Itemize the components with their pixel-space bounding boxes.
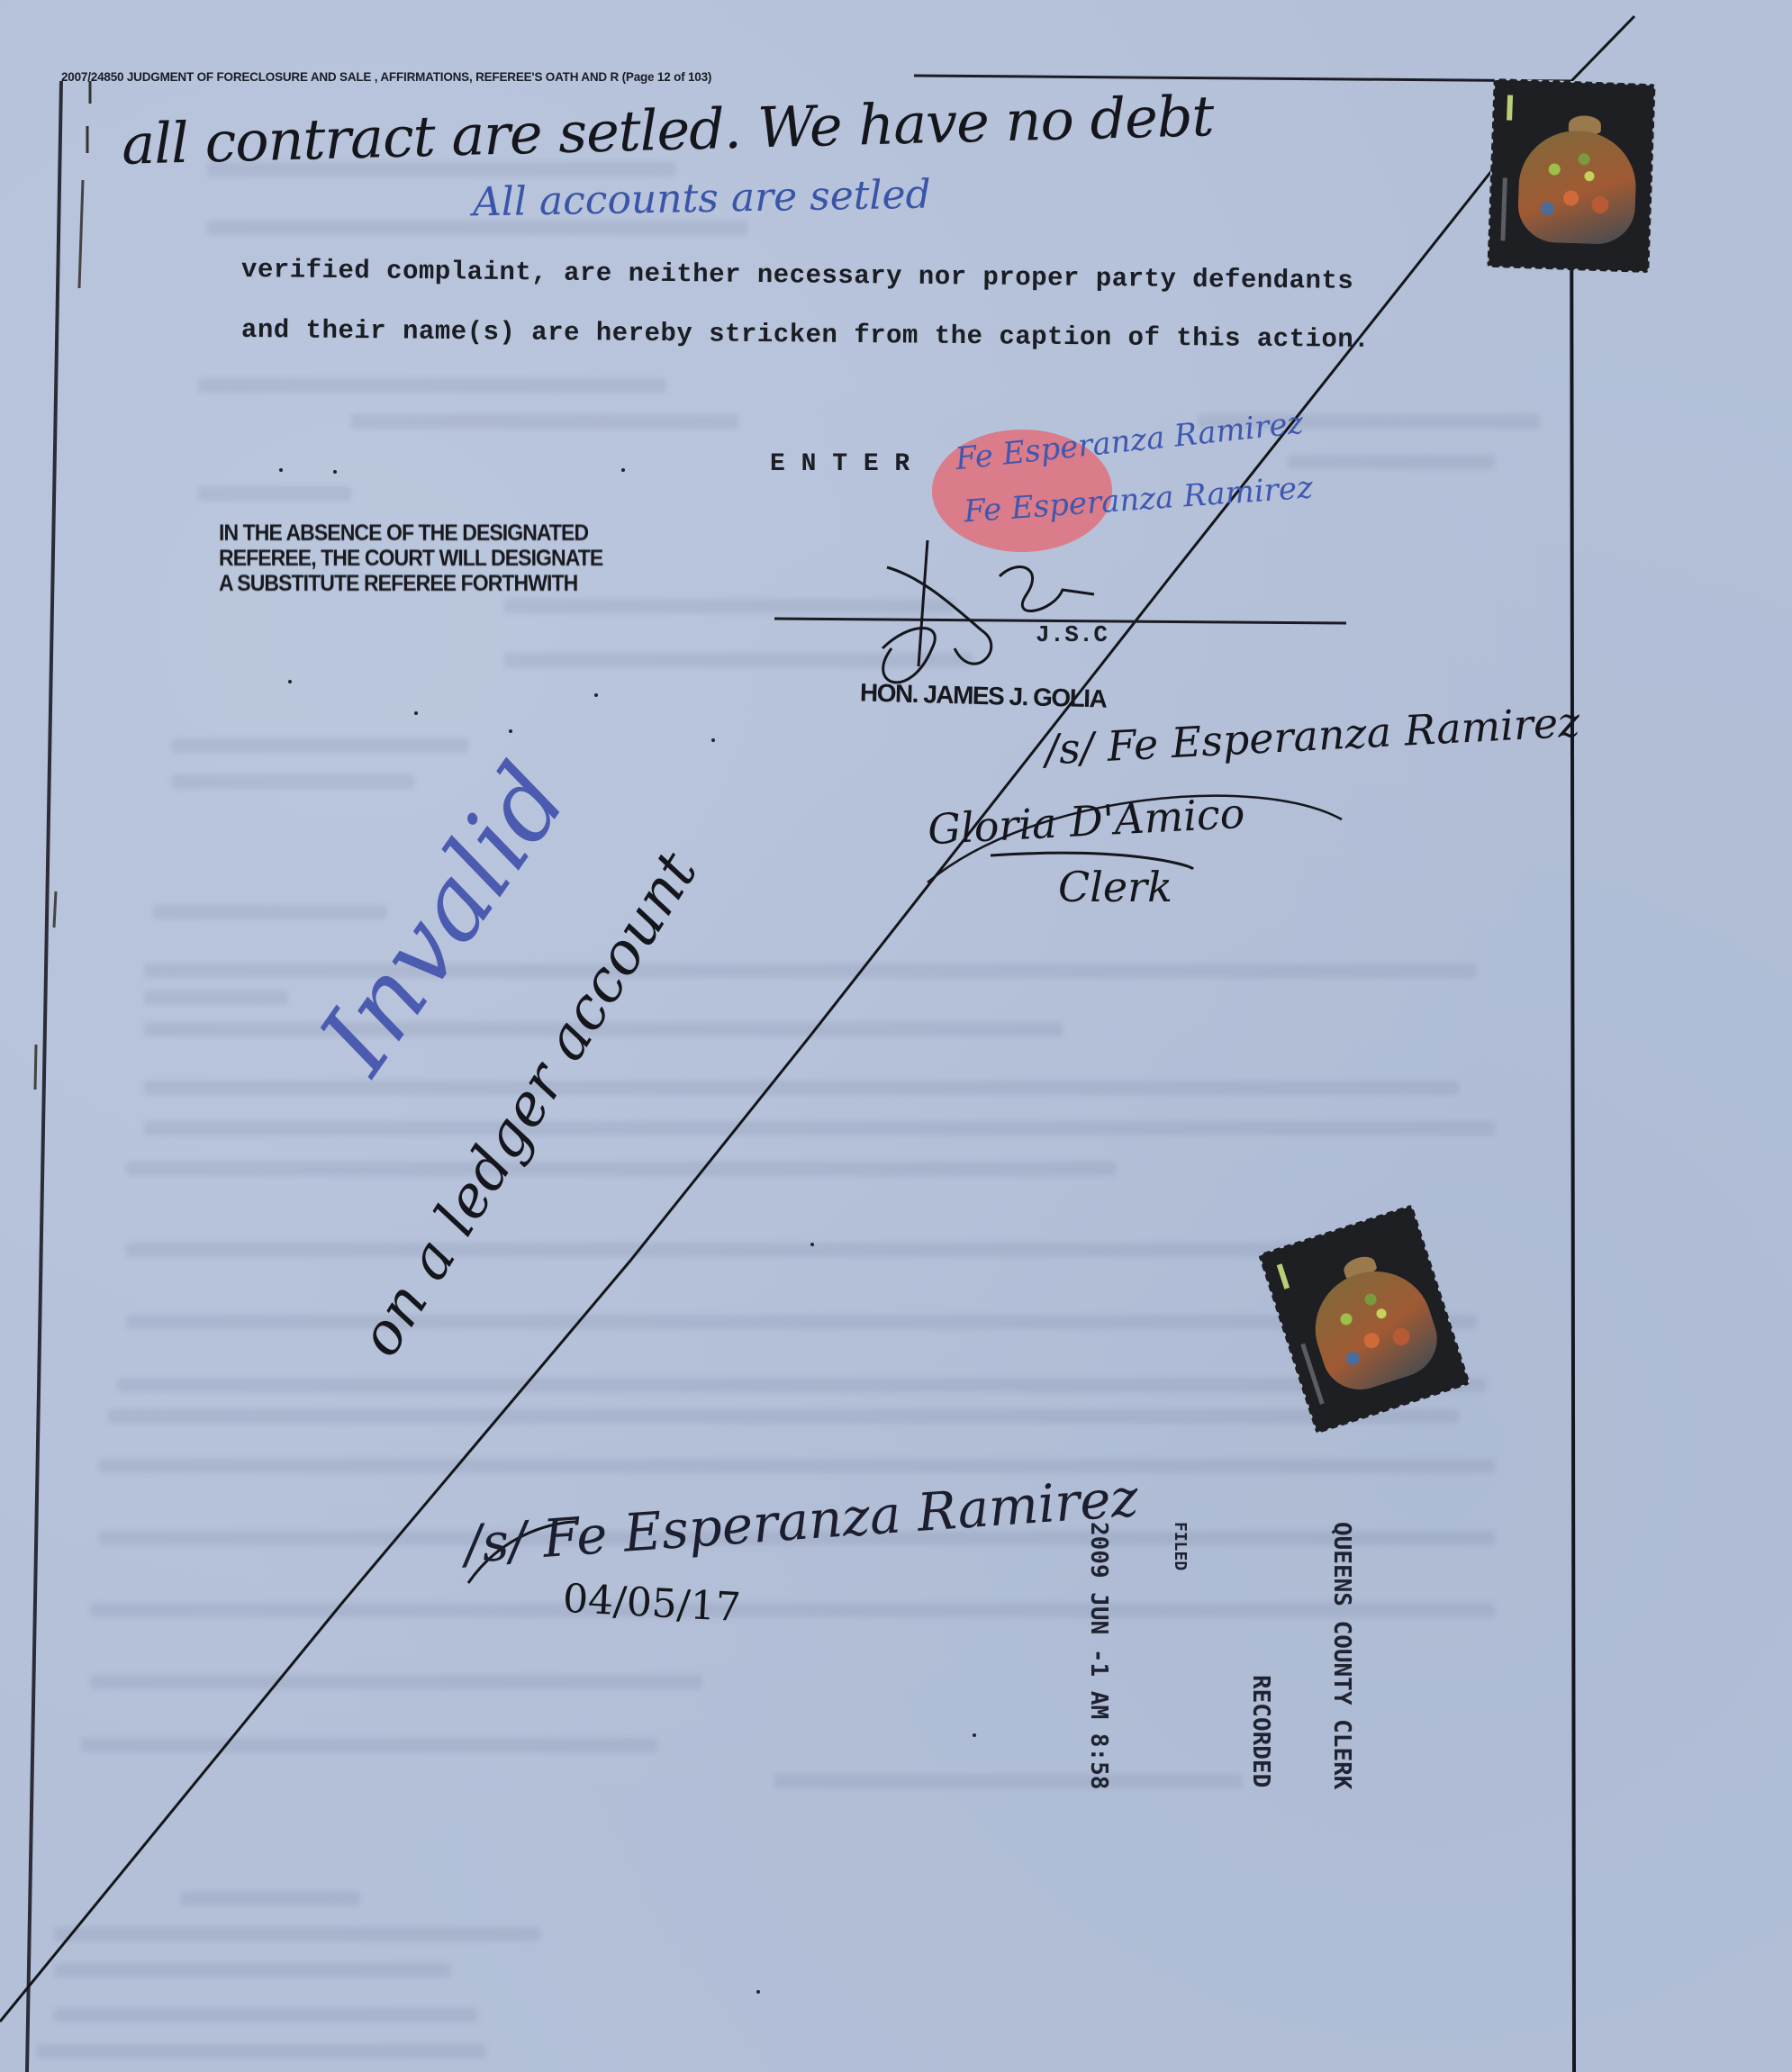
speck	[711, 738, 715, 742]
speck	[756, 1990, 760, 1994]
court-designation-stamp: IN THE ABSENCE OF THE DESIGNATED REFEREE…	[219, 520, 602, 596]
speck	[594, 693, 598, 697]
tiffany-lamp-icon	[1300, 1256, 1446, 1399]
recorded-stamp-line: RECORDED	[1247, 1522, 1274, 1789]
stamp-denomination-icon	[1507, 95, 1513, 120]
signature-date: 04/05/17	[562, 1576, 742, 1631]
recorded-stamp-line: QUEENS COUNTY CLERK	[1328, 1522, 1355, 1789]
speck	[509, 729, 512, 733]
postage-stamp-top	[1487, 78, 1655, 273]
speck	[279, 468, 283, 472]
clerk-label: Clerk	[1058, 863, 1172, 911]
jsc-label: J.S.C	[1036, 621, 1109, 648]
speck	[414, 711, 418, 715]
enter-label: E N T E R	[770, 450, 910, 478]
court-stamp-line: IN THE ABSENCE OF THE DESIGNATED	[219, 520, 602, 546]
recorded-stamp-line: FILED	[1166, 1522, 1193, 1789]
court-stamp-line: REFEREE, THE COURT WILL DESIGNATE	[219, 546, 602, 571]
speck	[288, 680, 292, 683]
document-header: 2007/24850 JUDGMENT OF FORECLOSURE AND S…	[61, 70, 711, 85]
speck	[973, 1733, 976, 1737]
recorded-stamp-line: 2009 JUN -1 AM 8:58	[1085, 1522, 1112, 1789]
speck	[621, 468, 625, 472]
county-clerk-recorded-stamp: QUEENS COUNTY CLERK RECORDED FILED 2009 …	[1409, 1522, 1677, 1900]
stamp-denomination-icon	[1277, 1263, 1290, 1289]
speck	[810, 1243, 814, 1246]
speck	[333, 470, 337, 474]
stamp-side-text	[1500, 177, 1507, 240]
tiffany-lamp-icon	[1516, 129, 1637, 245]
court-stamp-line: A SUBSTITUTE REFEREE FORTHWITH	[219, 571, 602, 596]
handwritten-note-accounts-settled: All accounts are setled	[473, 172, 932, 226]
